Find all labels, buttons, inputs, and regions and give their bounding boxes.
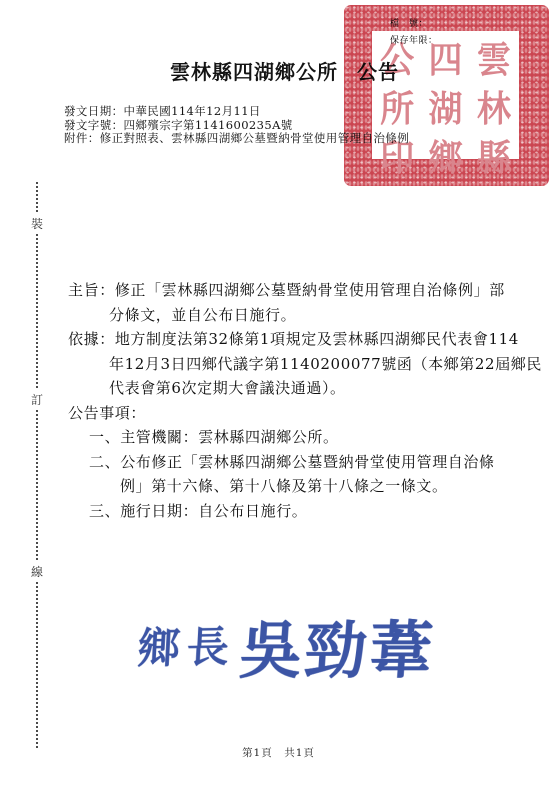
body-line-label: 二、: [89, 453, 120, 471]
seal-char: 縣: [470, 129, 518, 181]
body-line-text: 施行日期：自公布日施行。: [120, 502, 307, 520]
body-line-7: 二、公布修正「雲林縣四湖鄉公墓暨納骨堂使用管理自治條: [68, 450, 526, 475]
body-line-0: 主旨：修正「雲林縣四湖鄉公墓暨納骨堂使用管理自治條例」部: [68, 278, 526, 303]
seal-char: 公: [373, 31, 421, 83]
body-line-label: 主旨：: [68, 281, 115, 299]
mayor-title-text: 鄉長: [136, 614, 237, 676]
binding-mark-ding: 訂: [29, 389, 45, 410]
seal-char: 鄉: [421, 129, 469, 181]
body-line-text: 分條文，並自公布日施行。: [109, 306, 296, 324]
body-line-4: 代表會第6次定期大會議決通過）。: [68, 376, 526, 401]
body-line-text: 例」第十六條、第十八條及第十八條之一條文。: [120, 477, 448, 495]
body-line-text: 公布修正「雲林縣四湖鄉公墓暨納骨堂使用管理自治條: [120, 453, 494, 471]
binding-dotted-line: [36, 182, 38, 748]
binding-mark-zhuang: 裝: [29, 213, 45, 234]
page-number-footer: 第1頁 共1頁: [0, 745, 557, 760]
body-line-text: 主管機關：雲林縣四湖鄉公所。: [120, 428, 338, 446]
body-line-1: 分條文，並自公布日施行。: [68, 303, 526, 328]
body-line-9: 三、施行日期：自公布日施行。: [68, 499, 526, 524]
seal-char: 林: [470, 80, 518, 132]
body-line-text: 公告事項：: [68, 404, 146, 422]
body-line-6: 一、主管機關：雲林縣四湖鄉公所。: [68, 425, 526, 450]
seal-char: 四: [421, 31, 469, 83]
mayor-signature-stamp: 鄉長 吳勁葦: [138, 599, 435, 691]
body-line-text: 代表會第6次定期大會議決通過）。: [109, 379, 346, 397]
seal-char: 湖: [421, 80, 469, 132]
announcement-body: 主旨：修正「雲林縣四湖鄉公墓暨納骨堂使用管理自治條例」部分條文，並自公布日施行。…: [68, 278, 526, 523]
binding-mark-xian: 線: [29, 561, 45, 582]
official-seal-stamp: 公四雲所湖林印鄉縣: [344, 5, 549, 186]
issuing-organization: 雲林縣四湖鄉公所: [170, 60, 338, 84]
body-line-label: 三、: [89, 502, 120, 520]
seal-char: 所: [373, 80, 421, 132]
body-line-8: 例」第十六條、第十八條及第十八條之一條文。: [68, 474, 526, 499]
body-line-3: 年12月3日四鄉代議字第1140200077號函（本鄉第22屆鄉民: [68, 352, 526, 377]
body-line-text: 地方制度法第32條第1項規定及雲林縣四湖鄉民代表會114: [115, 330, 519, 348]
seal-characters: 公四雲所湖林印鄉縣: [373, 32, 518, 158]
body-line-text: 年12月3日四鄉代議字第1140200077號函（本鄉第22屆鄉民: [109, 355, 542, 373]
seal-char: 雲: [470, 31, 518, 83]
mayor-name-text: 吳勁葦: [237, 601, 438, 690]
body-line-label: 一、: [89, 428, 120, 446]
body-line-text: 修正「雲林縣四湖鄉公墓暨納骨堂使用管理自治條例」部: [115, 281, 505, 299]
body-line-5: 公告事項：: [68, 401, 526, 426]
body-line-label: 依據：: [68, 330, 115, 348]
seal-inner-area: 公四雲所湖林印鄉縣: [372, 31, 519, 159]
body-line-2: 依據：地方制度法第32條第1項規定及雲林縣四湖鄉民代表會114: [68, 327, 526, 352]
announcement-page: 雲林縣四湖鄉公所公告 發文日期：中華民國114年12月11日 發文字號：四鄉殯宗…: [0, 0, 557, 786]
seal-char: 印: [373, 129, 421, 181]
